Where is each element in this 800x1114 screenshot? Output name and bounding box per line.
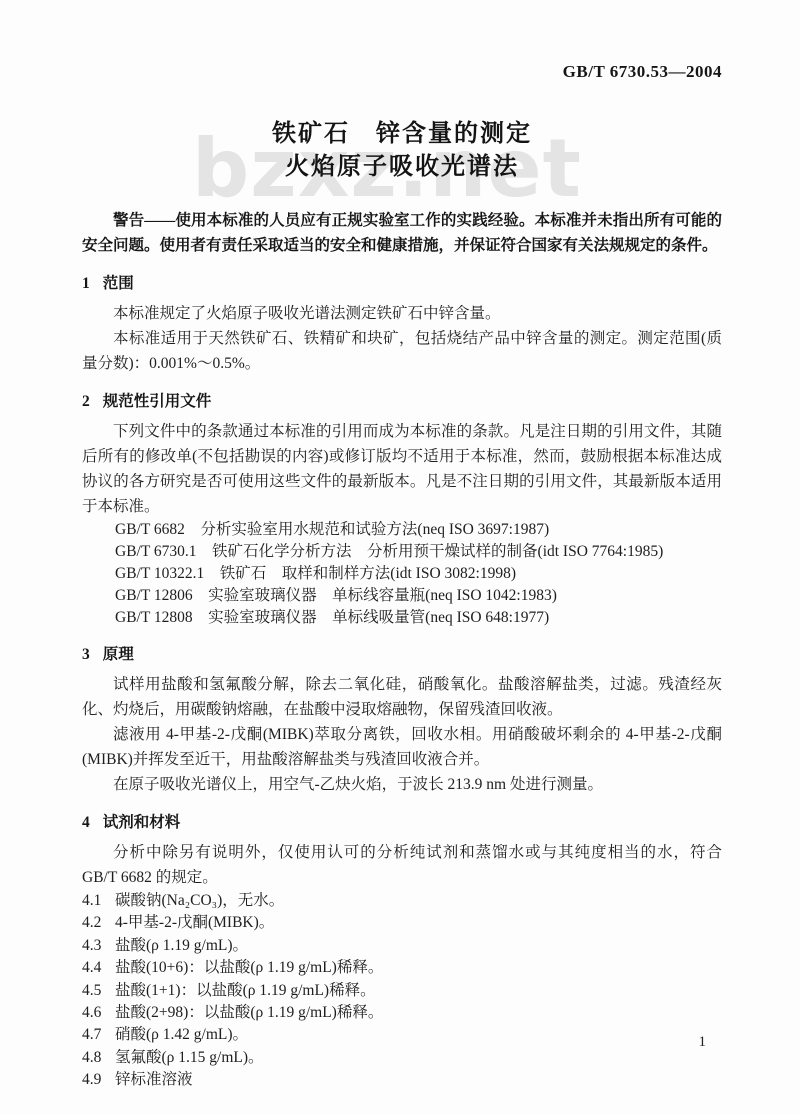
section-title: 原理 bbox=[103, 646, 134, 663]
reagent-item: 4.7硝酸(ρ 1.42 g/mL)。 bbox=[82, 1024, 722, 1046]
reagent-number: 4.7 bbox=[82, 1024, 115, 1046]
section-number: 3 bbox=[82, 646, 90, 663]
page-number: 1 bbox=[699, 1034, 707, 1051]
reagent-item: 4.24-甲基-2-戊酮(MIBK)。 bbox=[82, 912, 722, 934]
section-title: 范围 bbox=[103, 275, 134, 292]
reagent-text: 氢氟酸(ρ 1.15 g/mL)。 bbox=[115, 1049, 264, 1066]
section-principle: 3原理 试样用盐酸和氢氟酸分解，除去二氧化硅，硝酸氧化。盐酸溶解盐类，过滤。残渣… bbox=[82, 644, 722, 797]
title-line-2: 火焰原子吸收光谱法 bbox=[82, 151, 722, 184]
section-heading: 3原理 bbox=[82, 644, 722, 666]
reagent-text: 盐酸(10+6)：以盐酸(ρ 1.19 g/mL)稀释。 bbox=[115, 959, 383, 976]
reagent-number: 4.2 bbox=[82, 912, 115, 934]
reagent-number: 4.5 bbox=[82, 980, 115, 1002]
reagent-number: 4.8 bbox=[82, 1047, 115, 1069]
paragraph: 滤液用 4-甲基-2-戊酮(MIBK)萃取分离铁，回收水相。用硝酸破坏剩余的 4… bbox=[82, 722, 722, 772]
reagent-number: 4.1 bbox=[82, 890, 115, 912]
reference-item: GB/T 6682 分析实验室用水规范和试验方法(neq ISO 3697:19… bbox=[82, 519, 722, 541]
reagent-item: 4.8氢氟酸(ρ 1.15 g/mL)。 bbox=[82, 1047, 722, 1069]
reagent-text: 盐酸(2+98)：以盐酸(ρ 1.19 g/mL)稀释。 bbox=[115, 1004, 383, 1021]
reference-item: GB/T 12808 实验室玻璃仪器 单标线吸量管(neq ISO 648:19… bbox=[82, 607, 722, 629]
document-title: 铁矿石 锌含量的测定 火焰原子吸收光谱法 bbox=[82, 118, 722, 184]
reference-item: GB/T 10322.1 铁矿石 取样和制样方法(idt ISO 3082:19… bbox=[82, 563, 722, 585]
section-number: 4 bbox=[82, 814, 90, 831]
reagent-item: 4.5盐酸(1+1)：以盐酸(ρ 1.19 g/mL)稀释。 bbox=[82, 980, 722, 1002]
reagent-number: 4.9 bbox=[82, 1069, 115, 1091]
page-content: GB/T 6730.53—2004 铁矿石 锌含量的测定 火焰原子吸收光谱法 警… bbox=[82, 0, 722, 1092]
section-heading: 4试剂和材料 bbox=[82, 812, 722, 834]
document-page: bzxz.net GB/T 6730.53—2004 铁矿石 锌含量的测定 火焰… bbox=[0, 0, 800, 1114]
section-number: 2 bbox=[82, 393, 90, 410]
reagent-text: 4-甲基-2-戊酮(MIBK)。 bbox=[115, 914, 274, 931]
title-line-1: 铁矿石 锌含量的测定 bbox=[82, 118, 722, 151]
paragraph: 试样用盐酸和氢氟酸分解，除去二氧化硅，硝酸氧化。盐酸溶解盐类，过滤。残渣经灰化、… bbox=[82, 672, 722, 722]
reagent-text: 盐酸(ρ 1.19 g/mL)。 bbox=[115, 937, 248, 954]
reagent-text: 碳酸钠(Na₂CO₃)，无水。 bbox=[115, 892, 284, 909]
paragraph: 本标准适用于天然铁矿石、铁精矿和块矿，包括烧结产品中锌含量的测定。测定范围(质量… bbox=[82, 326, 722, 376]
reagent-text: 硝酸(ρ 1.42 g/mL)。 bbox=[115, 1026, 248, 1043]
reference-item: GB/T 12806 实验室玻璃仪器 单标线容量瓶(neq ISO 1042:1… bbox=[82, 585, 722, 607]
section-reagents-materials: 4试剂和材料 分析中除另有说明外，仅使用认可的分析纯试剂和蒸馏水或与其纯度相当的… bbox=[82, 812, 722, 1092]
paragraph: 分析中除另有说明外，仅使用认可的分析纯试剂和蒸馏水或与其纯度相当的水，符合 GB… bbox=[82, 840, 722, 890]
standard-number: GB/T 6730.53—2004 bbox=[82, 0, 722, 82]
paragraph: 本标准规定了火焰原子吸收光谱法测定铁矿石中锌含量。 bbox=[82, 301, 722, 326]
reagent-item: 4.6盐酸(2+98)：以盐酸(ρ 1.19 g/mL)稀释。 bbox=[82, 1002, 722, 1024]
reagent-number: 4.6 bbox=[82, 1002, 115, 1024]
reagent-item: 4.3盐酸(ρ 1.19 g/mL)。 bbox=[82, 935, 722, 957]
section-number: 1 bbox=[82, 275, 90, 292]
reagent-item: 4.4盐酸(10+6)：以盐酸(ρ 1.19 g/mL)稀释。 bbox=[82, 957, 722, 979]
paragraph: 在原子吸收光谱仪上，用空气-乙炔火焰，于波长 213.9 nm 处进行测量。 bbox=[82, 772, 722, 797]
warning-paragraph: 警告——使用本标准的人员应有正规实验室工作的实践经验。本标准并未指出所有可能的安… bbox=[82, 208, 722, 258]
section-heading: 1范围 bbox=[82, 273, 722, 295]
reference-item: GB/T 6730.1 铁矿石化学分析方法 分析用预干燥试样的制备(idt IS… bbox=[82, 541, 722, 563]
reagent-item: 4.9锌标准溶液 bbox=[82, 1069, 722, 1091]
section-scope: 1范围 本标准规定了火焰原子吸收光谱法测定铁矿石中锌含量。 本标准适用于天然铁矿… bbox=[82, 273, 722, 376]
reagent-number: 4.4 bbox=[82, 957, 115, 979]
reagent-text: 盐酸(1+1)：以盐酸(ρ 1.19 g/mL)稀释。 bbox=[115, 982, 376, 999]
paragraph: 下列文件中的条款通过本标准的引用而成为本标准的条款。凡是注日期的引用文件，其随后… bbox=[82, 419, 722, 519]
section-title: 试剂和材料 bbox=[103, 814, 181, 831]
reagent-text: 锌标准溶液 bbox=[115, 1071, 193, 1088]
section-normative-references: 2规范性引用文件 下列文件中的条款通过本标准的引用而成为本标准的条款。凡是注日期… bbox=[82, 391, 722, 629]
reagent-item: 4.1碳酸钠(Na₂CO₃)，无水。 bbox=[82, 890, 722, 912]
section-heading: 2规范性引用文件 bbox=[82, 391, 722, 413]
section-title: 规范性引用文件 bbox=[103, 393, 212, 410]
reagent-number: 4.3 bbox=[82, 935, 115, 957]
